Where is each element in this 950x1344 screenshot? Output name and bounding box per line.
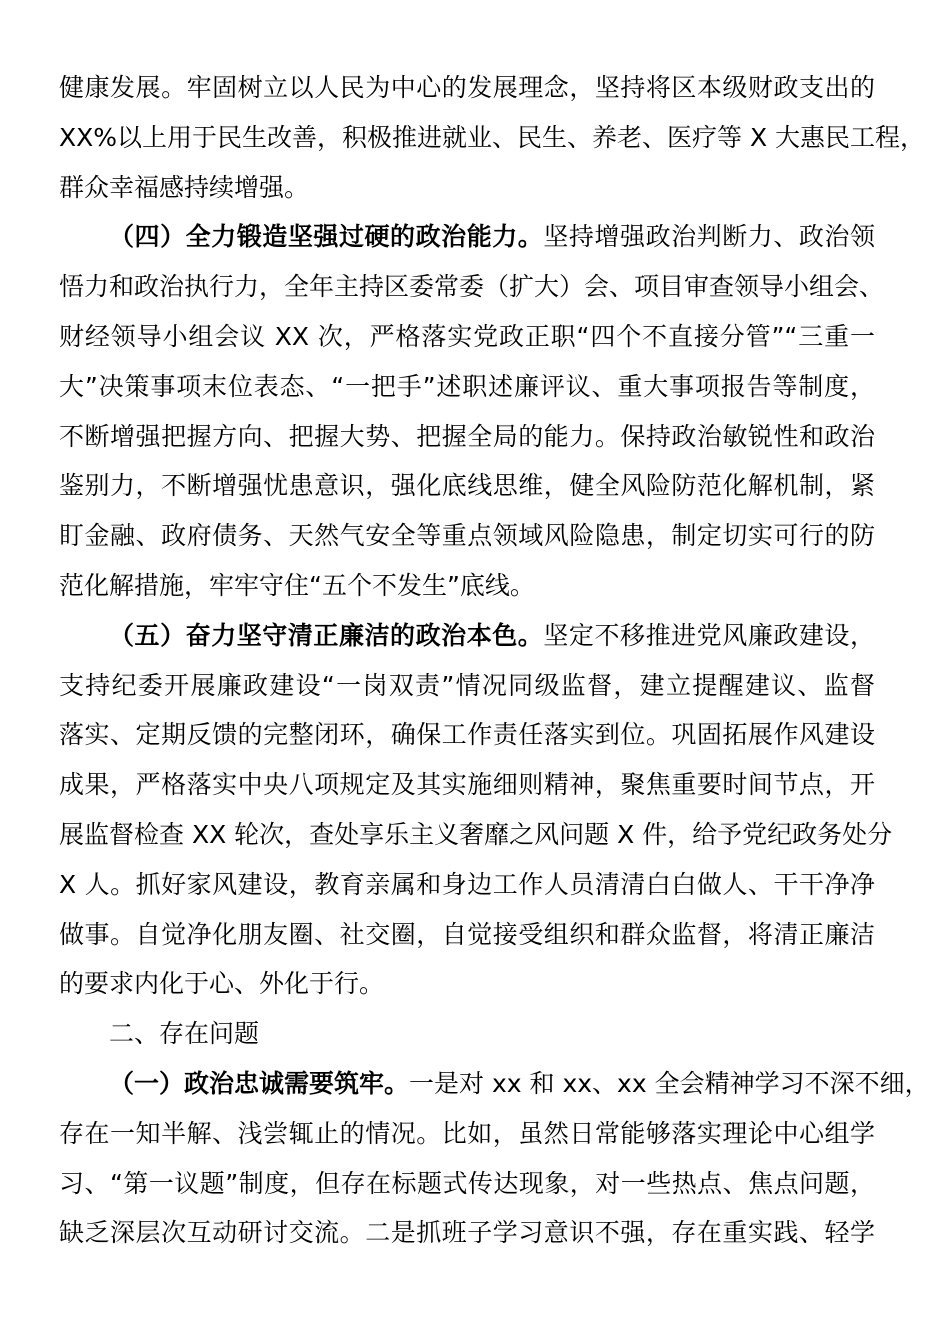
text-line: XX%以上用于民生改善，积极推进就业、民生、养老、医疗等 X 大惠民工程，	[59, 113, 875, 163]
text-line: 鉴别力，不断增强忧患意识，强化底线思维，健全风险防范化解机制，紧	[59, 461, 875, 511]
text-line: 范化解措施，牢牢守住“五个不发生”底线。	[59, 561, 875, 611]
paragraph-political-loyalty: （一）政治忠诚需要筑牢。一是对 xx 和 xx、xx 全会精神学习不深不细， 存…	[59, 1059, 875, 1258]
document-page: 健康发展。牢固树立以人民为中心的发展理念，坚持将区本级财政支出的 XX%以上用于…	[0, 0, 950, 1344]
text-line: 的要求内化于心、外化于行。	[59, 959, 875, 1009]
paragraph-heading: （一）政治忠诚需要筑牢。	[109, 1069, 409, 1098]
text-line: 存在一知半解、浅尝辄止的情况。比如，虽然日常能够落实理论中心组学	[59, 1109, 875, 1159]
text-line: 做事。自觉净化朋友圈、社交圈，自觉接受组织和群众监督，将清正廉洁	[59, 910, 875, 960]
text-line: 盯金融、政府债务、天然气安全等重点领域风险隐患，制定切实可行的防	[59, 511, 875, 561]
paragraph-text: 一是对 xx 和 xx、xx 全会精神学习不深不细，	[409, 1069, 930, 1098]
text-line: 群众幸福感持续增强。	[59, 163, 875, 213]
paragraph-text: 坚持增强政治判断力、政治领	[543, 222, 875, 251]
paragraph-text: 坚定不移推进党风廉政建设，	[543, 621, 875, 650]
text-line: 悟力和政治执行力，全年主持区委常委（扩大）会、项目审查领导小组会、	[59, 262, 875, 312]
text-line: 展监督检查 XX 轮次，查处享乐主义奢靡之风问题 X 件，给予党纪政务处分	[59, 810, 875, 860]
paragraph-heading: （五）奋力坚守清正廉洁的政治本色。	[109, 621, 543, 650]
text-line: 成果，严格落实中央八项规定及其实施细则精神，聚焦重要时间节点，开	[59, 760, 875, 810]
text-line: 缺乏深层次互动研讨交流。二是抓班子学习意识不强，存在重实践、轻学	[59, 1208, 875, 1258]
text-line: （四）全力锻造坚强过硬的政治能力。坚持增强政治判断力、政治领	[59, 212, 875, 262]
paragraph-heading: （四）全力锻造坚强过硬的政治能力。	[109, 222, 543, 251]
text-line: 健康发展。牢固树立以人民为中心的发展理念，坚持将区本级财政支出的	[59, 63, 875, 113]
text-line: X 人。抓好家风建设，教育亲属和身边工作人员清清白白做人、干干净净	[59, 860, 875, 910]
text-line: 支持纪委开展廉政建设“一岗双责”情况同级监督，建立提醒建议、监督	[59, 661, 875, 711]
section-heading: 二、存在问题	[59, 1009, 875, 1059]
document-body: 健康发展。牢固树立以人民为中心的发展理念，坚持将区本级财政支出的 XX%以上用于…	[59, 63, 875, 1258]
text-line: （五）奋力坚守清正廉洁的政治本色。坚定不移推进党风廉政建设，	[59, 611, 875, 661]
paragraph-political-ability: （四）全力锻造坚强过硬的政治能力。坚持增强政治判断力、政治领 悟力和政治执行力，…	[59, 212, 875, 610]
text-line: 落实、定期反馈的完整闭环，确保工作责任落实到位。巩固拓展作风建设	[59, 710, 875, 760]
paragraph-continuation: 健康发展。牢固树立以人民为中心的发展理念，坚持将区本级财政支出的 XX%以上用于…	[59, 63, 875, 212]
text-line: 习、“第一议题”制度，但存在标题式传达现象，对一些热点、焦点问题，	[59, 1159, 875, 1209]
text-line: 不断增强把握方向、把握大势、把握全局的能力。保持政治敏锐性和政治	[59, 412, 875, 462]
text-line: （一）政治忠诚需要筑牢。一是对 xx 和 xx、xx 全会精神学习不深不细，	[59, 1059, 875, 1109]
text-line: 大”决策事项末位表态、“一把手”述职述廉评议、重大事项报告等制度，	[59, 362, 875, 412]
text-line: 财经领导小组会议 XX 次，严格落实党政正职“四个不直接分管”“三重一	[59, 312, 875, 362]
paragraph-integrity: （五）奋力坚守清正廉洁的政治本色。坚定不移推进党风廉政建设， 支持纪委开展廉政建…	[59, 611, 875, 1009]
